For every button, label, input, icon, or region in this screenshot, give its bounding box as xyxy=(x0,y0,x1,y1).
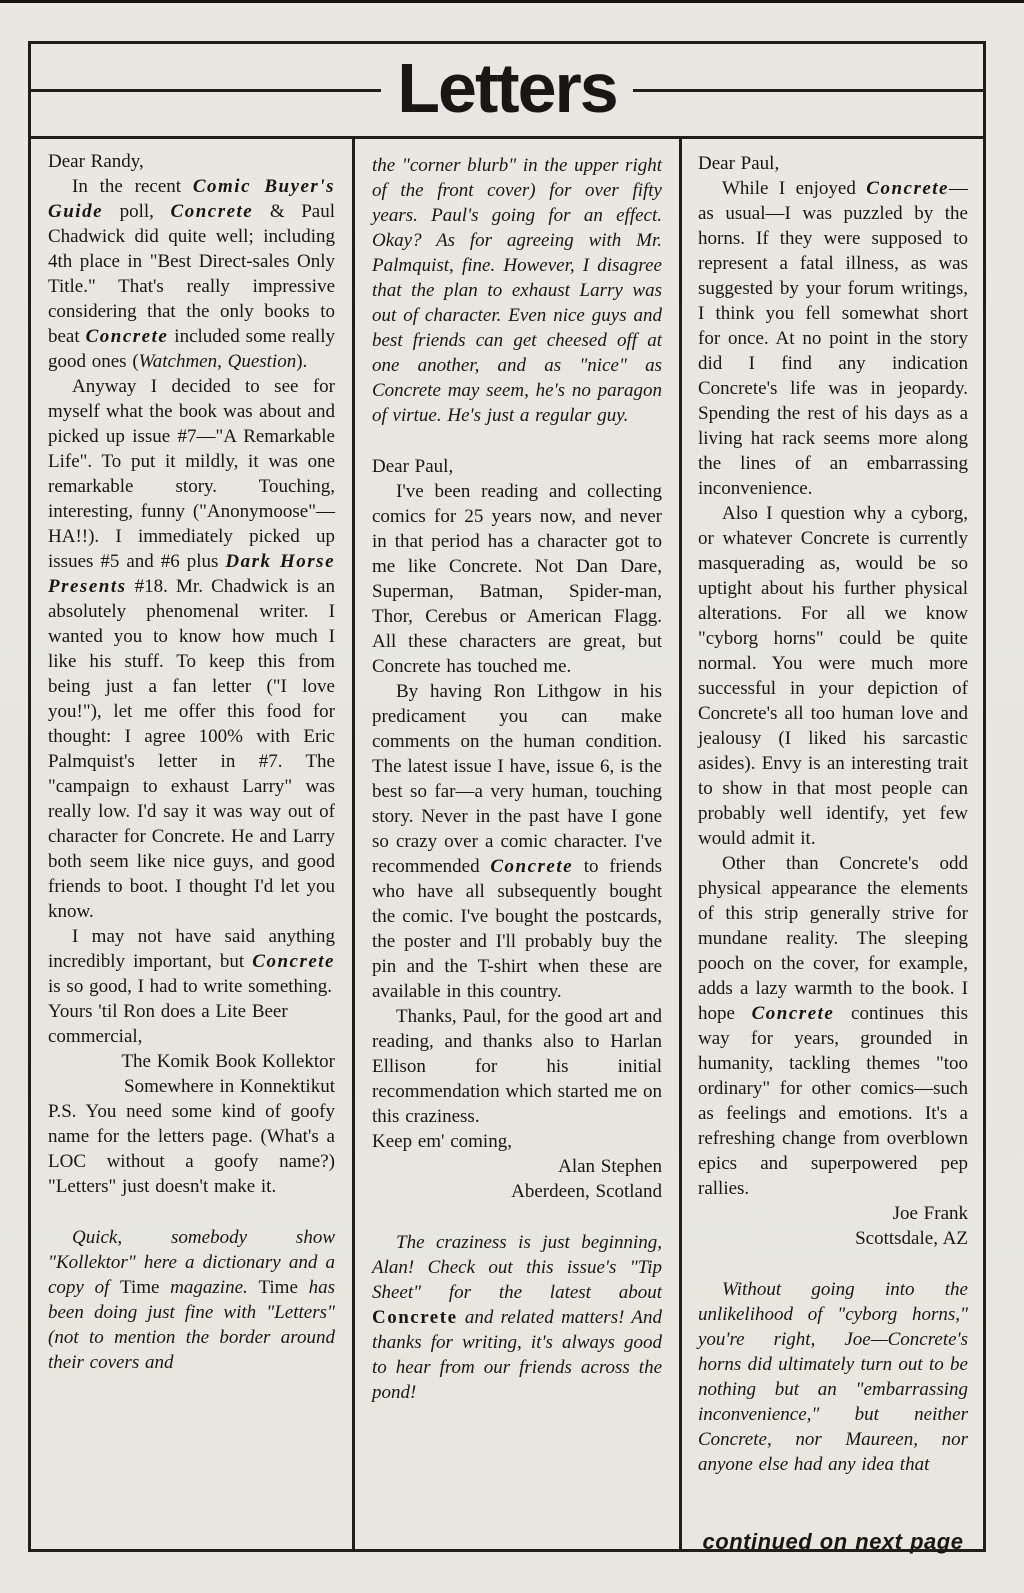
signature-line: Alan Stephen xyxy=(372,1154,662,1179)
signature-line: Aberdeen, Scotland xyxy=(372,1179,662,1204)
editor-reply: Quick, somebody show "Kollektor" here a … xyxy=(48,1225,335,1375)
signature-line: Somewhere in Konnektikut xyxy=(48,1074,335,1099)
paragraph: Keep em' coming, xyxy=(372,1129,662,1154)
paragraph: I've been reading and collecting comics … xyxy=(372,479,662,679)
paragraph: Dear Randy, xyxy=(48,149,335,174)
letters-header: Letters xyxy=(31,44,983,139)
scan-edge-artifact xyxy=(0,0,1024,3)
signature-line: Joe Frank xyxy=(698,1201,968,1226)
paragraph: Thanks, Paul, for the good art and readi… xyxy=(372,1004,662,1129)
paragraph: I may not have said anything incredibly … xyxy=(48,924,335,999)
editor-reply: Without going into the unlikelihood of "… xyxy=(698,1277,968,1477)
page-border: Letters Dear Randy,In the recent Comic B… xyxy=(28,41,986,1552)
paragraph: By having Ron Lithgow in his predicament… xyxy=(372,679,662,1004)
paragraph: Anyway I decided to see for myself what … xyxy=(48,374,335,924)
letters-column-1: Dear Randy,In the recent Comic Buyer's G… xyxy=(31,139,355,1549)
signature-line: The Komik Book Kollektor xyxy=(48,1049,335,1074)
paragraph: Yours 'til Ron does a Lite Beer commerci… xyxy=(48,999,335,1049)
paragraph: Other than Concrete's odd physical appea… xyxy=(698,851,968,1201)
paragraph: In the recent Comic Buyer's Guide poll, … xyxy=(48,174,335,374)
paragraph: While I enjoyed Concrete—as usual—I was … xyxy=(698,176,968,501)
editor-reply: the "corner blurb" in the upper right of… xyxy=(372,153,662,428)
signature-line: Scottsdale, AZ xyxy=(698,1226,968,1251)
letters-column-3: Dear Paul,While I enjoyed Concrete—as us… xyxy=(682,139,983,1549)
letters-column-2: the "corner blurb" in the upper right of… xyxy=(355,139,682,1549)
editor-reply: The craziness is just beginning, Alan! C… xyxy=(372,1230,662,1405)
paragraph: Dear Paul, xyxy=(372,454,662,479)
page-title: Letters xyxy=(381,49,632,127)
continued-note: continued on next page xyxy=(698,1529,968,1555)
paragraph: P.S. You need some kind of goofy name fo… xyxy=(48,1099,335,1199)
paragraph: Dear Paul, xyxy=(698,151,968,176)
letters-columns: Dear Randy,In the recent Comic Buyer's G… xyxy=(31,139,983,1549)
paragraph: Also I question why a cyborg, or whateve… xyxy=(698,501,968,851)
scanned-letters-page: { "page": { "title": "Letters", "paper_c… xyxy=(0,0,1024,1593)
